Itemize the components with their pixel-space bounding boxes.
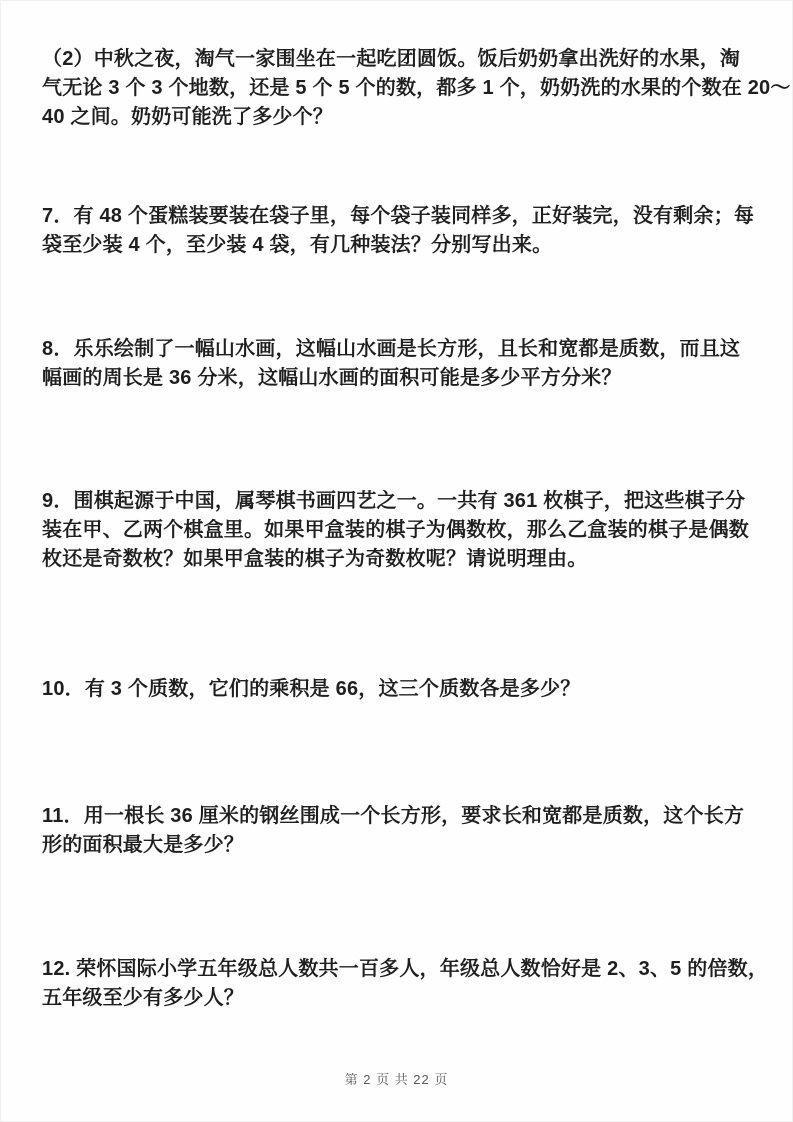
question-10: 10．有 3 个质数，它们的乘积是 66，这三个质数各是多少？ xyxy=(42,675,753,704)
question-2-sub2: （2）中秋之夜，淘气一家围坐在一起吃团圆饭。饭后奶奶拿出洗好的水果，淘 气无论 … xyxy=(42,45,753,132)
question-9-line-3: 枚还是奇数枚？如果甲盒装的棋子为奇数枚呢？请说明理由。 xyxy=(42,545,753,574)
question-7-line-1: 7．有 48 个蛋糕装要装在袋子里，每个袋子装同样多，正好装完，没有剩余；每 xyxy=(42,202,753,231)
question-9: 9．围棋起源于中国，属琴棋书画四艺之一。一共有 361 枚棋子，把这些棋子分 装… xyxy=(42,487,753,574)
question-12: 12. 荣怀国际小学五年级总人数共一百多人，年级总人数恰好是 2、3、5 的倍数… xyxy=(42,955,753,1013)
question-8: 8．乐乐绘制了一幅山水画，这幅山水画是长方形，且长和宽都是质数，而且这 幅画的周… xyxy=(42,335,753,393)
question-12-line-2: 五年级至少有多少人？ xyxy=(42,984,753,1013)
question-10-line-1: 10．有 3 个质数，它们的乘积是 66，这三个质数各是多少？ xyxy=(42,675,753,704)
question-12-line-1: 12. 荣怀国际小学五年级总人数共一百多人，年级总人数恰好是 2、3、5 的倍数… xyxy=(42,955,753,984)
question-2-sub2-line-3: 40 之间。奶奶可能洗了多少个？ xyxy=(42,103,753,132)
question-8-line-1: 8．乐乐绘制了一幅山水画，这幅山水画是长方形，且长和宽都是质数，而且这 xyxy=(42,335,753,364)
question-11: 11．用一根长 36 厘米的钢丝围成一个长方形，要求长和宽都是质数，这个长方 形… xyxy=(42,802,753,860)
question-9-line-2: 装在甲、乙两个棋盒里。如果甲盒装的棋子为偶数枚，那么乙盒装的棋子是偶数 xyxy=(42,516,753,545)
worksheet-page: （2）中秋之夜，淘气一家围坐在一起吃团圆饭。饭后奶奶拿出洗好的水果，淘 气无论 … xyxy=(0,0,793,1122)
page-number-footer: 第 2 页 共 22 页 xyxy=(0,1069,793,1088)
question-7: 7．有 48 个蛋糕装要装在袋子里，每个袋子装同样多，正好装完，没有剩余；每 袋… xyxy=(42,202,753,260)
question-9-line-1: 9．围棋起源于中国，属琴棋书画四艺之一。一共有 361 枚棋子，把这些棋子分 xyxy=(42,487,753,516)
question-11-line-2: 形的面积最大是多少？ xyxy=(42,831,753,860)
question-11-line-1: 11．用一根长 36 厘米的钢丝围成一个长方形，要求长和宽都是质数，这个长方 xyxy=(42,802,753,831)
question-2-sub2-line-1: （2）中秋之夜，淘气一家围坐在一起吃团圆饭。饭后奶奶拿出洗好的水果，淘 xyxy=(42,45,753,74)
question-8-line-2: 幅画的周长是 36 分米，这幅山水画的面积可能是多少平方分米？ xyxy=(42,364,753,393)
question-2-sub2-line-2: 气无论 3 个 3 个地数，还是 5 个 5 个的数，都多 1 个，奶奶洗的水果… xyxy=(42,74,753,103)
question-7-line-2: 袋至少装 4 个，至少装 4 袋，有几种装法？分别写出来。 xyxy=(42,231,753,260)
